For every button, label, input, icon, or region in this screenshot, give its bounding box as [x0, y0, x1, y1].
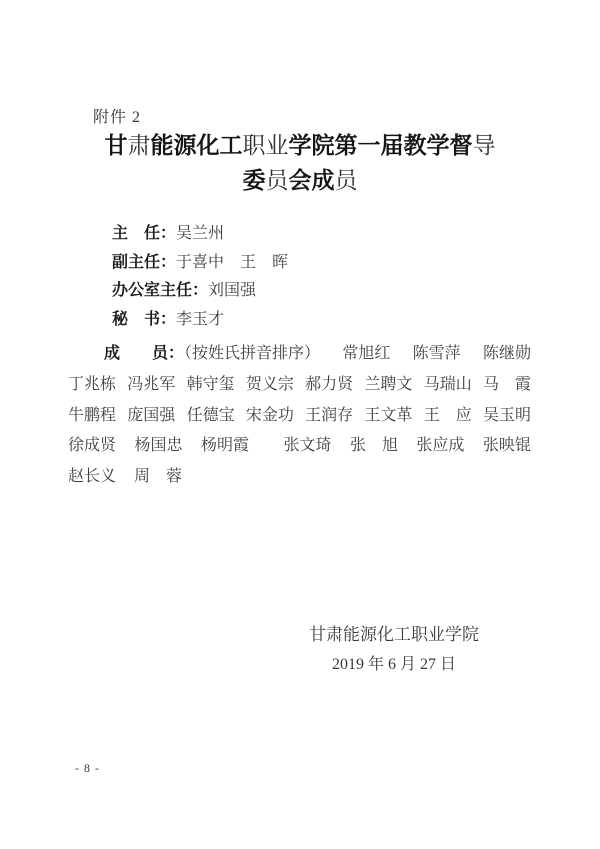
member-name: 王润存 [305, 401, 353, 432]
member-name: 丁兆栋 [68, 370, 116, 401]
title-text: 能源化工 [151, 128, 243, 163]
roster-line-5: 赵长义 周 蓉 [68, 462, 531, 493]
title-text: 员 [335, 163, 358, 198]
member-name: 马瑞山 [424, 370, 472, 401]
member-name: 吴玉明 [483, 401, 531, 432]
officer-row-director: 主 任：吴兰州 [112, 220, 542, 249]
member-name: 张 旭 [350, 431, 398, 462]
member-name: 张文琦 [267, 431, 331, 462]
title-text: 甘 [105, 128, 128, 163]
title-text: 会成 [289, 163, 335, 198]
title-line-2: 委员会成员 [0, 163, 600, 198]
secretary-label: 秘 书： [112, 311, 176, 328]
member-name: 宋金功 [246, 401, 294, 432]
officer-row-secretary: 秘 书：李玉才 [112, 306, 542, 335]
members-label-group: 成 员：（按姓氏拼音排序） [104, 339, 320, 370]
deputy-director-names: 于喜中 王 晖 [176, 254, 288, 271]
member-name: 马 霞 [483, 370, 531, 401]
member-name: 冯兆军 [127, 370, 175, 401]
title-text: 委 [243, 163, 266, 198]
member-name: 郝力贤 [305, 370, 353, 401]
officer-list: 主 任：吴兰州 副主任：于喜中 王 晖 办公室主任：刘国强 秘 书：李玉才 [112, 220, 542, 334]
member-name: 兰聘文 [364, 370, 412, 401]
member-name: 常旭红 [342, 339, 390, 370]
office-director-label: 办公室主任： [112, 282, 208, 299]
member-name: 牛鹏程 [68, 401, 116, 432]
member-name: 王 应 [424, 401, 472, 432]
member-name: 徐成贤 [68, 431, 116, 462]
member-name: 陈雪萍 [413, 339, 461, 370]
roster-line-2: 丁兆栋 冯兆军 韩守玺 贺义宗 郝力贤 兰聘文 马瑞山 马 霞 [68, 370, 531, 401]
roster-line-3: 牛鹏程 庞国强 任德宝 宋金功 王润存 王文革 王 应 吴玉明 [68, 401, 531, 432]
director-name: 吴兰州 [176, 225, 224, 242]
office-director-name: 刘国强 [208, 282, 256, 299]
title-text: 员 [266, 163, 289, 198]
member-name: 张映锟 [483, 431, 531, 462]
title-line-1: 甘肃能源化工职业学院第一届教学督导 [0, 128, 600, 163]
member-name: 任德宝 [187, 401, 235, 432]
member-name: 周 蓉 [134, 462, 182, 493]
document-title: 甘肃能源化工职业学院第一届教学督导 委员会成员 [0, 128, 600, 198]
member-name: 庞国强 [127, 401, 175, 432]
signature-organization: 甘肃能源化工职业学院 [309, 620, 479, 645]
officer-row-deputy-director: 副主任：于喜中 王 晖 [112, 249, 542, 278]
director-label: 主 任： [112, 225, 176, 242]
document-page: 附件 2 甘肃能源化工职业学院第一届教学督导 委员会成员 主 任：吴兰州 副主任… [0, 0, 600, 849]
officer-row-office-director: 办公室主任：刘国强 [112, 277, 542, 306]
member-name: 陈继勋 [483, 339, 531, 370]
signature-date: 2019 年 6 月 27 日 [332, 651, 456, 674]
title-text: 导 [473, 128, 496, 163]
members-label: 成 员： [104, 345, 184, 362]
title-text: 职业 [243, 128, 289, 163]
member-name: 杨国忠 [134, 431, 182, 462]
page-number: - 8 - [75, 761, 100, 776]
deputy-director-label: 副主任： [112, 254, 176, 271]
member-name: 王文革 [364, 401, 412, 432]
member-name: 杨明霞 [201, 431, 249, 462]
secretary-name: 李玉才 [176, 311, 224, 328]
title-text: 肃 [128, 128, 151, 163]
member-name: 赵长义 [68, 462, 116, 493]
member-name: 韩守玺 [187, 370, 235, 401]
member-roster: 成 员：（按姓氏拼音排序） 常旭红 陈雪萍 陈继勋 丁兆栋 冯兆军 韩守玺 贺义… [68, 339, 531, 493]
roster-line-1: 成 员：（按姓氏拼音排序） 常旭红 陈雪萍 陈继勋 [68, 339, 531, 370]
title-text: 学院第一届教学督 [289, 128, 473, 163]
member-name: 贺义宗 [246, 370, 294, 401]
attachment-label: 附件 2 [93, 104, 141, 127]
member-name: 张应成 [416, 431, 464, 462]
roster-line-4: 徐成贤 杨国忠 杨明霞 张文琦 张 旭 张应成 张映锟 [68, 431, 531, 462]
sort-order-note: （按姓氏拼音排序） [184, 345, 320, 362]
